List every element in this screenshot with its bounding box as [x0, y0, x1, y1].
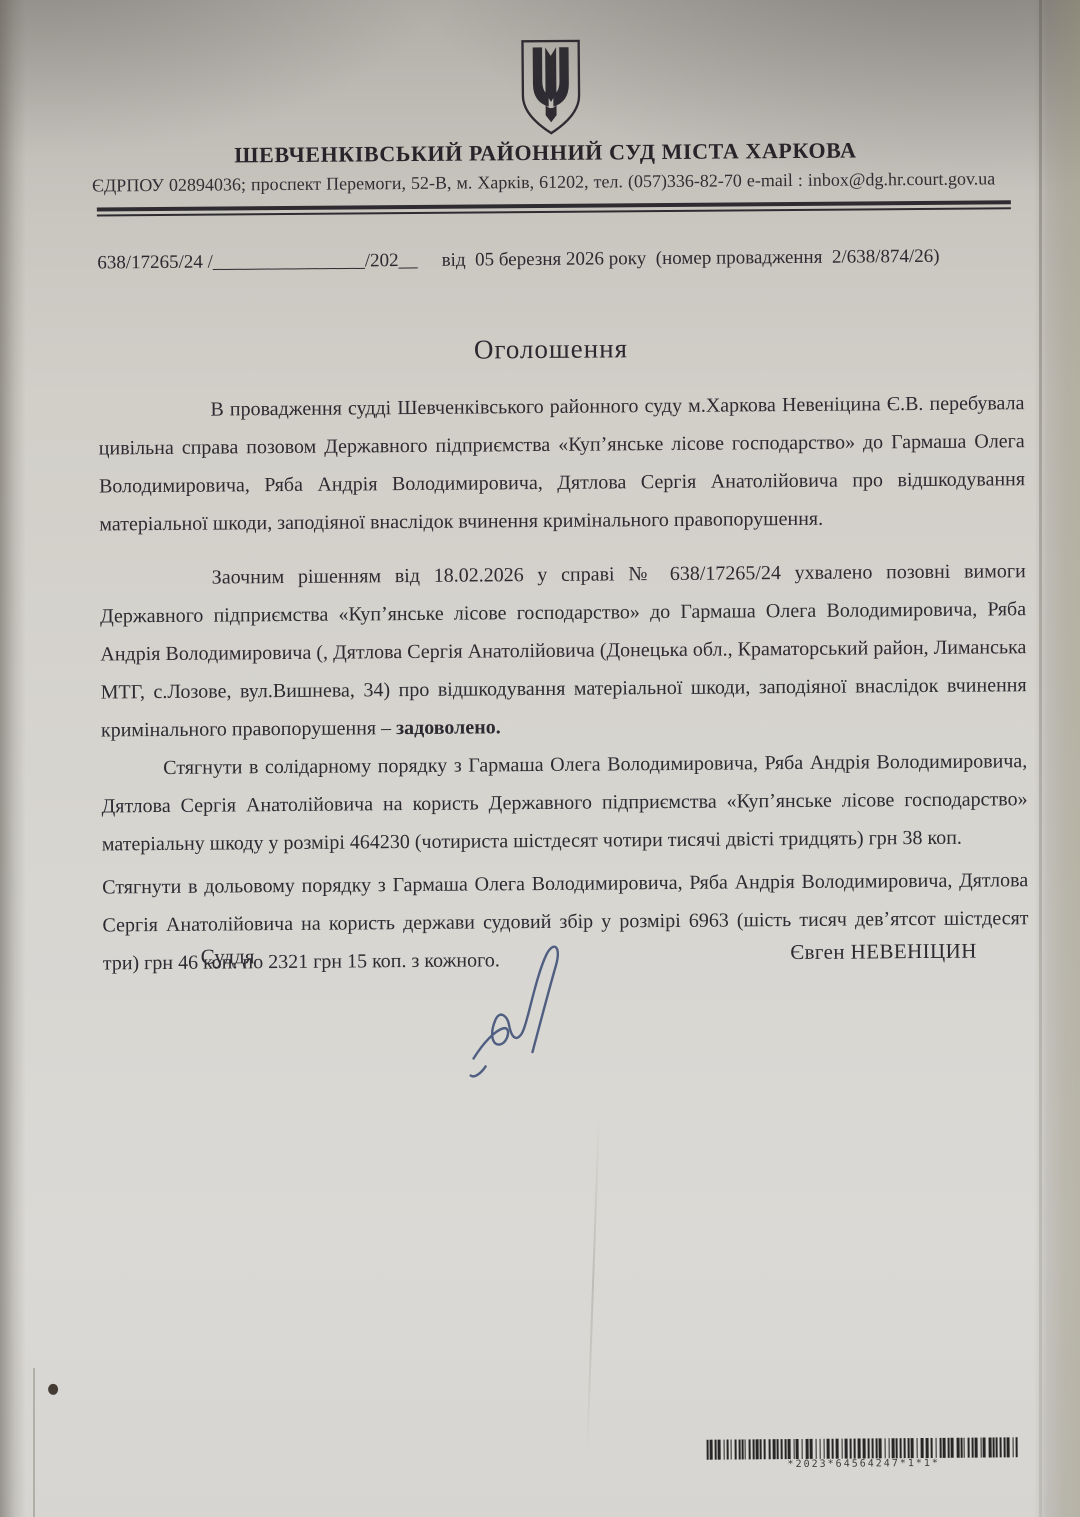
barcode: *2023*64564247*1*1*	[707, 1437, 1021, 1470]
punch-hole-mark	[48, 1384, 58, 1395]
barcode-bars	[707, 1437, 1021, 1459]
judge-label: Суддя	[103, 944, 255, 970]
decision-result-bold: задоволено.	[396, 716, 501, 739]
court-document-page: ШЕВЧЕНКІВСЬКИЙ РАЙОННИЙ СУД МІСТА ХАРКОВ…	[0, 0, 1080, 1517]
paragraph-damages-award: Стягнути в солідарному порядку з Гармаша…	[101, 742, 1028, 863]
paragraph-decision-text: Заочним рішенням від 18.02.2026 у справі…	[100, 560, 1027, 741]
announcement-title: Оголошення	[0, 330, 1078, 369]
judge-name: Євген НЕВЕНІЦИН	[790, 938, 1027, 965]
document-photo: ШЕВЧЕНКІВСЬКИЙ РАЙОННИЙ СУД МІСТА ХАРКОВ…	[0, 0, 1080, 1517]
court-address: ЄДРПОУ 02894036; проспект Перемоги, 52-В…	[0, 168, 1077, 197]
case-reference-line: 638/17265/24 /________________/202__ від…	[97, 245, 1011, 274]
court-name: ШЕВЧЕНКІВСЬКИЙ РАЙОННИЙ СУД МІСТА ХАРКОВ…	[0, 136, 1077, 170]
paragraph-case-intro: В провадження судді Шевченківського райо…	[98, 384, 1025, 543]
document-body: В провадження судді Шевченківського райо…	[98, 384, 1029, 982]
handwritten-signature	[423, 937, 614, 1088]
ukraine-trident-emblem-icon	[512, 34, 591, 143]
header-divider	[97, 200, 1011, 216]
reference-date: від 05 березня 2026 року (номер провадже…	[442, 246, 940, 272]
paragraph-decision: Заочним рішенням від 18.02.2026 у справі…	[100, 552, 1027, 749]
case-number: 638/17265/24 /________________/202__	[97, 250, 418, 275]
